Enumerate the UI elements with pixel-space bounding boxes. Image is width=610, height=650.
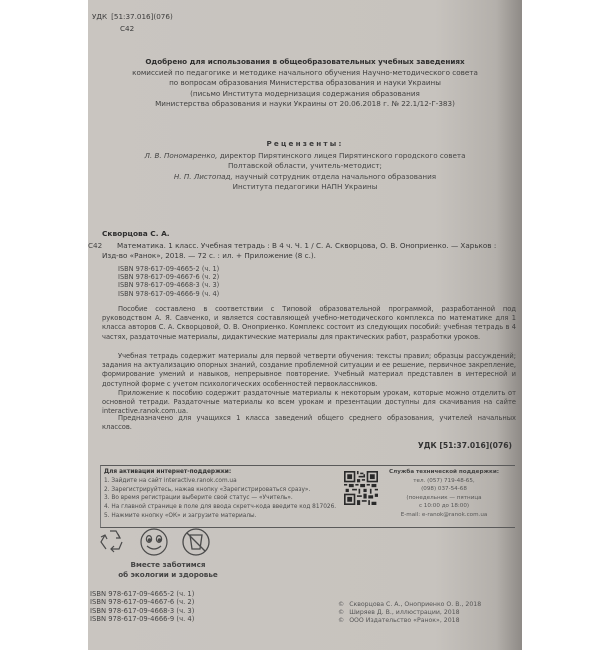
udk-footer: УДК [51:37.016](076) — [418, 441, 512, 450]
eco-slogan-line: об экологии и здоровье — [98, 570, 238, 580]
approval-line: Министерства образования и науки Украины… — [88, 99, 522, 110]
annotation-paragraph: Учебная тетрадь содержит материалы для п… — [102, 352, 516, 389]
footer-isbn-list: ISBN 978-617-09-4665-2 (ч. 1) ISBN 978-6… — [90, 590, 194, 624]
qr-code-icon — [344, 471, 378, 505]
tech-support-line: (понедельник — пятница — [379, 494, 509, 503]
approval-block: Одобрено для использования в общеобразов… — [88, 57, 522, 110]
eco-slogan-line: Вместе заботимся — [98, 560, 238, 570]
activation-step: 3. Во время регистрации выберите свой ст… — [104, 494, 336, 503]
author-heading: Скворцова С. А. — [102, 229, 170, 238]
isbn-item: ISBN 978-617-09-4667-6 (ч. 2) — [90, 598, 194, 606]
reviewers-block: Рецензенты: Л. В. Пономаренко, директор … — [88, 139, 522, 193]
tech-support-heading: Служба технической поддержки: — [379, 468, 509, 477]
copyright-line: ©Скворцова С. А., Оноприенко О. В., 2018 — [338, 601, 481, 609]
tech-support: Служба технической поддержки: тел. (057)… — [379, 468, 509, 520]
udk-code: [51:37.016](076) — [111, 12, 173, 21]
internet-support-box: Для активации интернет-поддержки: 1. Зай… — [100, 465, 515, 528]
reviewer-2-cont: Института педагогики НАПН Украины — [88, 182, 522, 193]
eco-slogan: Вместе заботимся об экологии и здоровье — [98, 560, 238, 579]
isbn-item: ISBN 978-617-09-4665-2 (ч. 1) — [90, 590, 194, 598]
approval-line: (письмо Института модернизация содержани… — [88, 89, 522, 100]
activation-step: 1. Зайдите на сайт interactive.ranok.com… — [104, 477, 336, 486]
reviewer-role: научный сотрудник отдела начального обра… — [233, 172, 436, 181]
activation-step: 5. Нажмите кнопку «ОК» и загрузите матер… — [104, 512, 336, 521]
copyright-icon: © — [338, 609, 344, 616]
bibliographic-description: Математика. 1 класс. Учебная тетрадь : В… — [102, 241, 512, 261]
isbn-list: ISBN 978-617-09-4665-2 (ч. 1) ISBN 978-6… — [118, 265, 219, 298]
tech-support-line: тел. (057) 719-48-65, — [379, 477, 509, 486]
no-cup-icon — [183, 529, 209, 555]
reviewer-role: директор Пирятинского лицея Пирятинского… — [217, 151, 465, 160]
tech-support-line: с 10:00 до 18:00) — [379, 502, 509, 511]
reviewer-name: Н. П. Листопад, — [174, 172, 233, 181]
activation-step: 2. Зарегистрируйтесь, нажав кнопку «Заре… — [104, 486, 336, 495]
activation-heading: Для активации интернет-поддержки: — [104, 468, 336, 477]
book-imprint-page: УДК[51:37.016](076) С42 Одобрено для исп… — [88, 0, 522, 650]
approval-title: Одобрено для использования в общеобразов… — [88, 57, 522, 68]
activation-step: 4. На главной странице в поле для ввода … — [104, 503, 336, 512]
reviewer-1: Л. В. Пономаренко, директор Пирятинского… — [88, 151, 522, 162]
cutter-code: С42 — [120, 24, 134, 33]
reviewer-2: Н. П. Листопад, научный сотрудник отдела… — [88, 172, 522, 183]
tech-support-email: E-mail: e-ranok@ranok.com.ua — [379, 511, 509, 520]
annotation-paragraph: Пособие составлено в соответствии с Типо… — [102, 305, 516, 342]
isbn-item: ISBN 978-617-09-4666-9 (ч. 4) — [90, 615, 194, 623]
copyright-text: ООО Издательство «Ранок», 2018 — [349, 617, 459, 624]
copyright-icon: © — [338, 617, 344, 624]
copyright-text: Скворцова С. А., Оноприенко О. В., 2018 — [349, 601, 481, 608]
copyright-text: Ширяев Д. В., иллюстрации, 2018 — [349, 609, 459, 616]
annotation-paragraph: Предназначено для учащихся 1 класса заве… — [102, 414, 516, 432]
udk-header: УДК[51:37.016](076) — [92, 12, 173, 21]
isbn-item: ISBN 978-617-09-4666-9 (ч. 4) — [118, 290, 219, 298]
tech-support-line: (098) 037-54-68 — [379, 485, 509, 494]
annotation-paragraph: Приложение к пособию содержит раздаточны… — [102, 389, 516, 417]
eco-icons — [96, 526, 226, 558]
copyright-icon: © — [338, 601, 344, 608]
isbn-item: ISBN 978-617-09-4665-2 (ч. 1) — [118, 265, 219, 273]
reviewers-heading: Рецензенты: — [88, 139, 522, 150]
activation-steps: Для активации интернет-поддержки: 1. Зай… — [104, 468, 336, 521]
approval-line: по вопросам образования Министерства обр… — [88, 78, 522, 89]
approval-line: комиссией по педагогике и методике начал… — [88, 68, 522, 79]
isbn-item: ISBN 978-617-09-4668-3 (ч. 3) — [118, 281, 219, 289]
isbn-item: ISBN 978-617-09-4668-3 (ч. 3) — [90, 607, 194, 615]
reviewer-1-cont: Полтавской области, учитель-методист; — [88, 161, 522, 172]
recycle-icon — [101, 531, 122, 552]
isbn-item: ISBN 978-617-09-4667-6 (ч. 2) — [118, 273, 219, 281]
copyright-block: ©Скворцова С. А., Оноприенко О. В., 2018… — [338, 601, 481, 626]
reviewer-name: Л. В. Пономаренко, — [145, 151, 218, 160]
udk-label: УДК — [92, 12, 107, 21]
cutter-code-mid: С42 — [88, 241, 102, 250]
smiley-icon — [141, 529, 167, 555]
copyright-line: ©ООО Издательство «Ранок», 2018 — [338, 617, 481, 625]
